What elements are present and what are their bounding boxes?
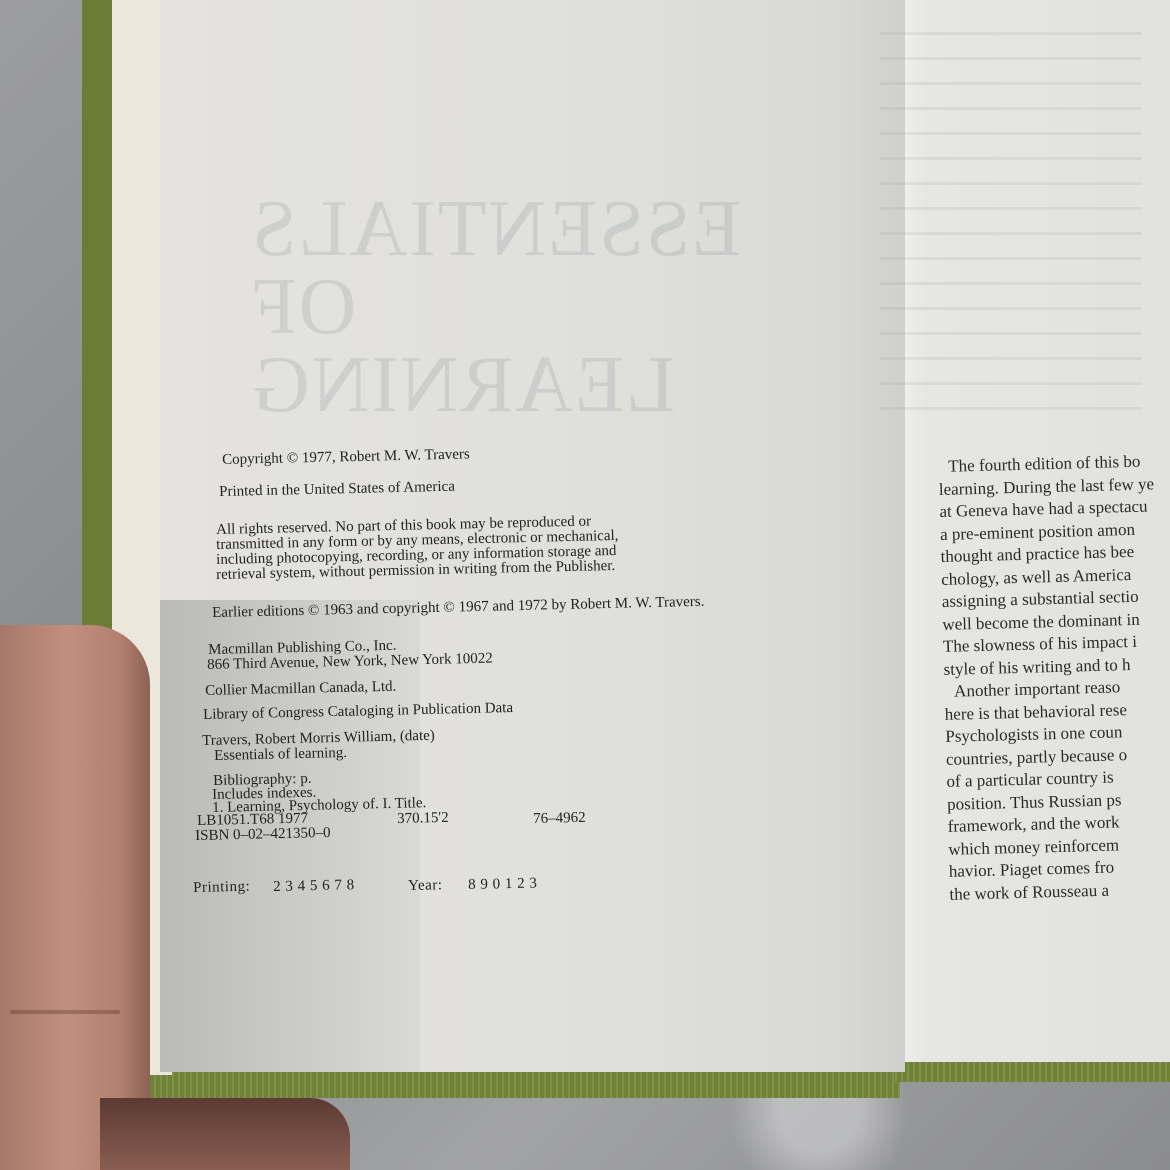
book-cover-edge-bottom-left [100, 1072, 900, 1098]
printing-label: Printing: [193, 879, 250, 896]
cip-title: Essentials of learning. [214, 745, 347, 764]
cip-dewey: 370.15'2 [397, 810, 449, 827]
ghost-title-line: ESSENTIALS [250, 190, 850, 268]
bleed-through-title: ESSENTIALS OF LEARNING [250, 190, 850, 424]
cip-lccn: 76–4962 [533, 810, 586, 827]
year-numbers: 8 9 0 1 2 3 [468, 875, 538, 893]
hand-fingers [100, 1098, 350, 1170]
printing-numbers: 2 3 4 5 6 7 8 [273, 877, 355, 895]
year-label: Year: [408, 877, 443, 894]
hand-thumb [0, 625, 150, 1170]
ghost-title-line: OF [250, 268, 850, 346]
bleed-through-text [880, 10, 1170, 410]
book-cover-edge-bottom-right [895, 1062, 1170, 1082]
thumb-crease [10, 1010, 120, 1014]
ghost-title-line: LEARNING [250, 346, 850, 424]
cip-isbn: ISBN 0–02–421350–0 [195, 825, 331, 844]
preface-text: The fourth edition of this bo learning. … [938, 450, 1165, 905]
